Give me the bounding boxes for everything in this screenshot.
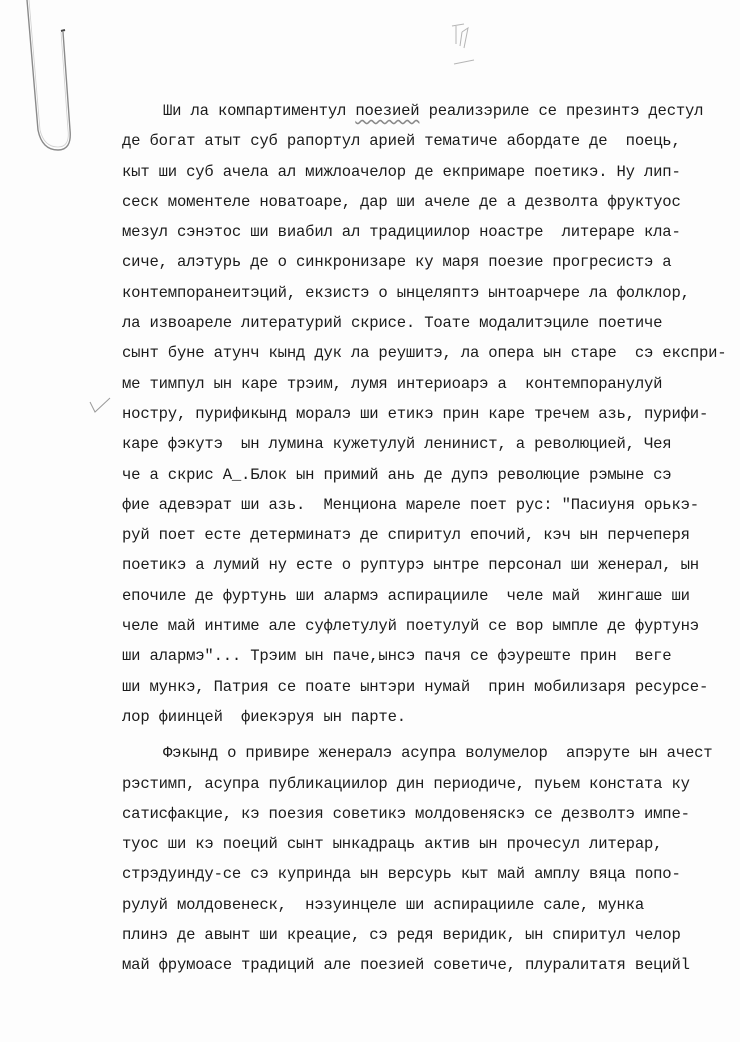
text-line: де богат атыт суб рапортул арией тематич…: [122, 126, 722, 156]
text-line: ши мункэ, Патрия се поате ынтэри нумай п…: [122, 672, 722, 702]
text-line: сеск моментеле новатоаре, дар ши ачеле д…: [122, 187, 722, 217]
typewritten-text: Ши ла компартиментул поезией реализэриле…: [122, 96, 722, 981]
text-line: че а скрис А_.Блок ын примий ань де дупэ…: [122, 460, 722, 490]
text-line: ши алармэ"... Трэим ын паче,ынсэ пачя се…: [122, 641, 722, 671]
paragraph: Фэкынд о привире женералэ асупра волумел…: [122, 738, 722, 980]
document-page: Ши ла компартиментул поезией реализэриле…: [0, 0, 740, 1042]
text-line: каре фэкутэ ын лумина кужетулуй ленинист…: [122, 429, 722, 459]
text-line: сынт буне атунч кынд дук ла реушитэ, ла …: [122, 338, 722, 368]
text-line: епочиле де фуртунь ши алармэ аспирацииле…: [122, 581, 722, 611]
text-line: поетикэ а лумий ну есте о руптурэ ынтре …: [122, 550, 722, 580]
text-line: плинэ де авынт ши креацие, сэ редя верид…: [122, 920, 722, 950]
text-line: челе май интиме але суфлетулуй поетулуй …: [122, 611, 722, 641]
text-line: кыт ши суб ачела ал мижлоачелор де екпри…: [122, 157, 722, 187]
text-line: ностру, пурификынд моралэ ши етикэ прин …: [122, 399, 722, 429]
underlined-word: поезией: [355, 102, 419, 120]
text-line: мезул сэнэтос ши виабил ал традициилор н…: [122, 217, 722, 247]
paragraph: Ши ла компартиментул поезией реализэриле…: [122, 96, 722, 732]
paperclip-icon: [0, 0, 120, 220]
text-line: туос ши кэ поеций сынт ынкадраць актив ы…: [122, 829, 722, 859]
text-line: Фэкынд о привире женералэ асупра волумел…: [122, 738, 722, 768]
text-line: май фрумоасе традиций але поезией совети…: [122, 950, 722, 980]
text-line: стрэдуинду-се сэ купринда ын версурь кыт…: [122, 859, 722, 889]
text-line: сатисфакцие, кэ поезия советикэ молдовен…: [122, 799, 722, 829]
text-line: сиче, алэтурь де о синкронизаре ку маря …: [122, 247, 722, 277]
text-line: контемпоранеитэций, екзистэ о ынцеляптэ …: [122, 278, 722, 308]
text-line: рулуй молдовенеск, нэзуинцеле ши аспирац…: [122, 890, 722, 920]
text-line: фие адевэрат ши азь. Менционa мареле пое…: [122, 490, 722, 520]
text-line: рэстимп, асупра публикациилор дин период…: [122, 769, 722, 799]
text-line: ла извоареле литературий скрисе. Тоате м…: [122, 308, 722, 338]
text-line: ме тимпул ын каре трэим, лумя интериоарэ…: [122, 369, 722, 399]
text-line: Ши ла компартиментул поезией реализэриле…: [122, 96, 722, 126]
text-line: лор фиинцей фиекэруя ын парте.: [122, 702, 722, 732]
checkmark-icon: [88, 396, 118, 416]
handwritten-page-number: [446, 18, 486, 68]
text-line: руй поет есте детерминатэ де спиритул еп…: [122, 520, 722, 550]
